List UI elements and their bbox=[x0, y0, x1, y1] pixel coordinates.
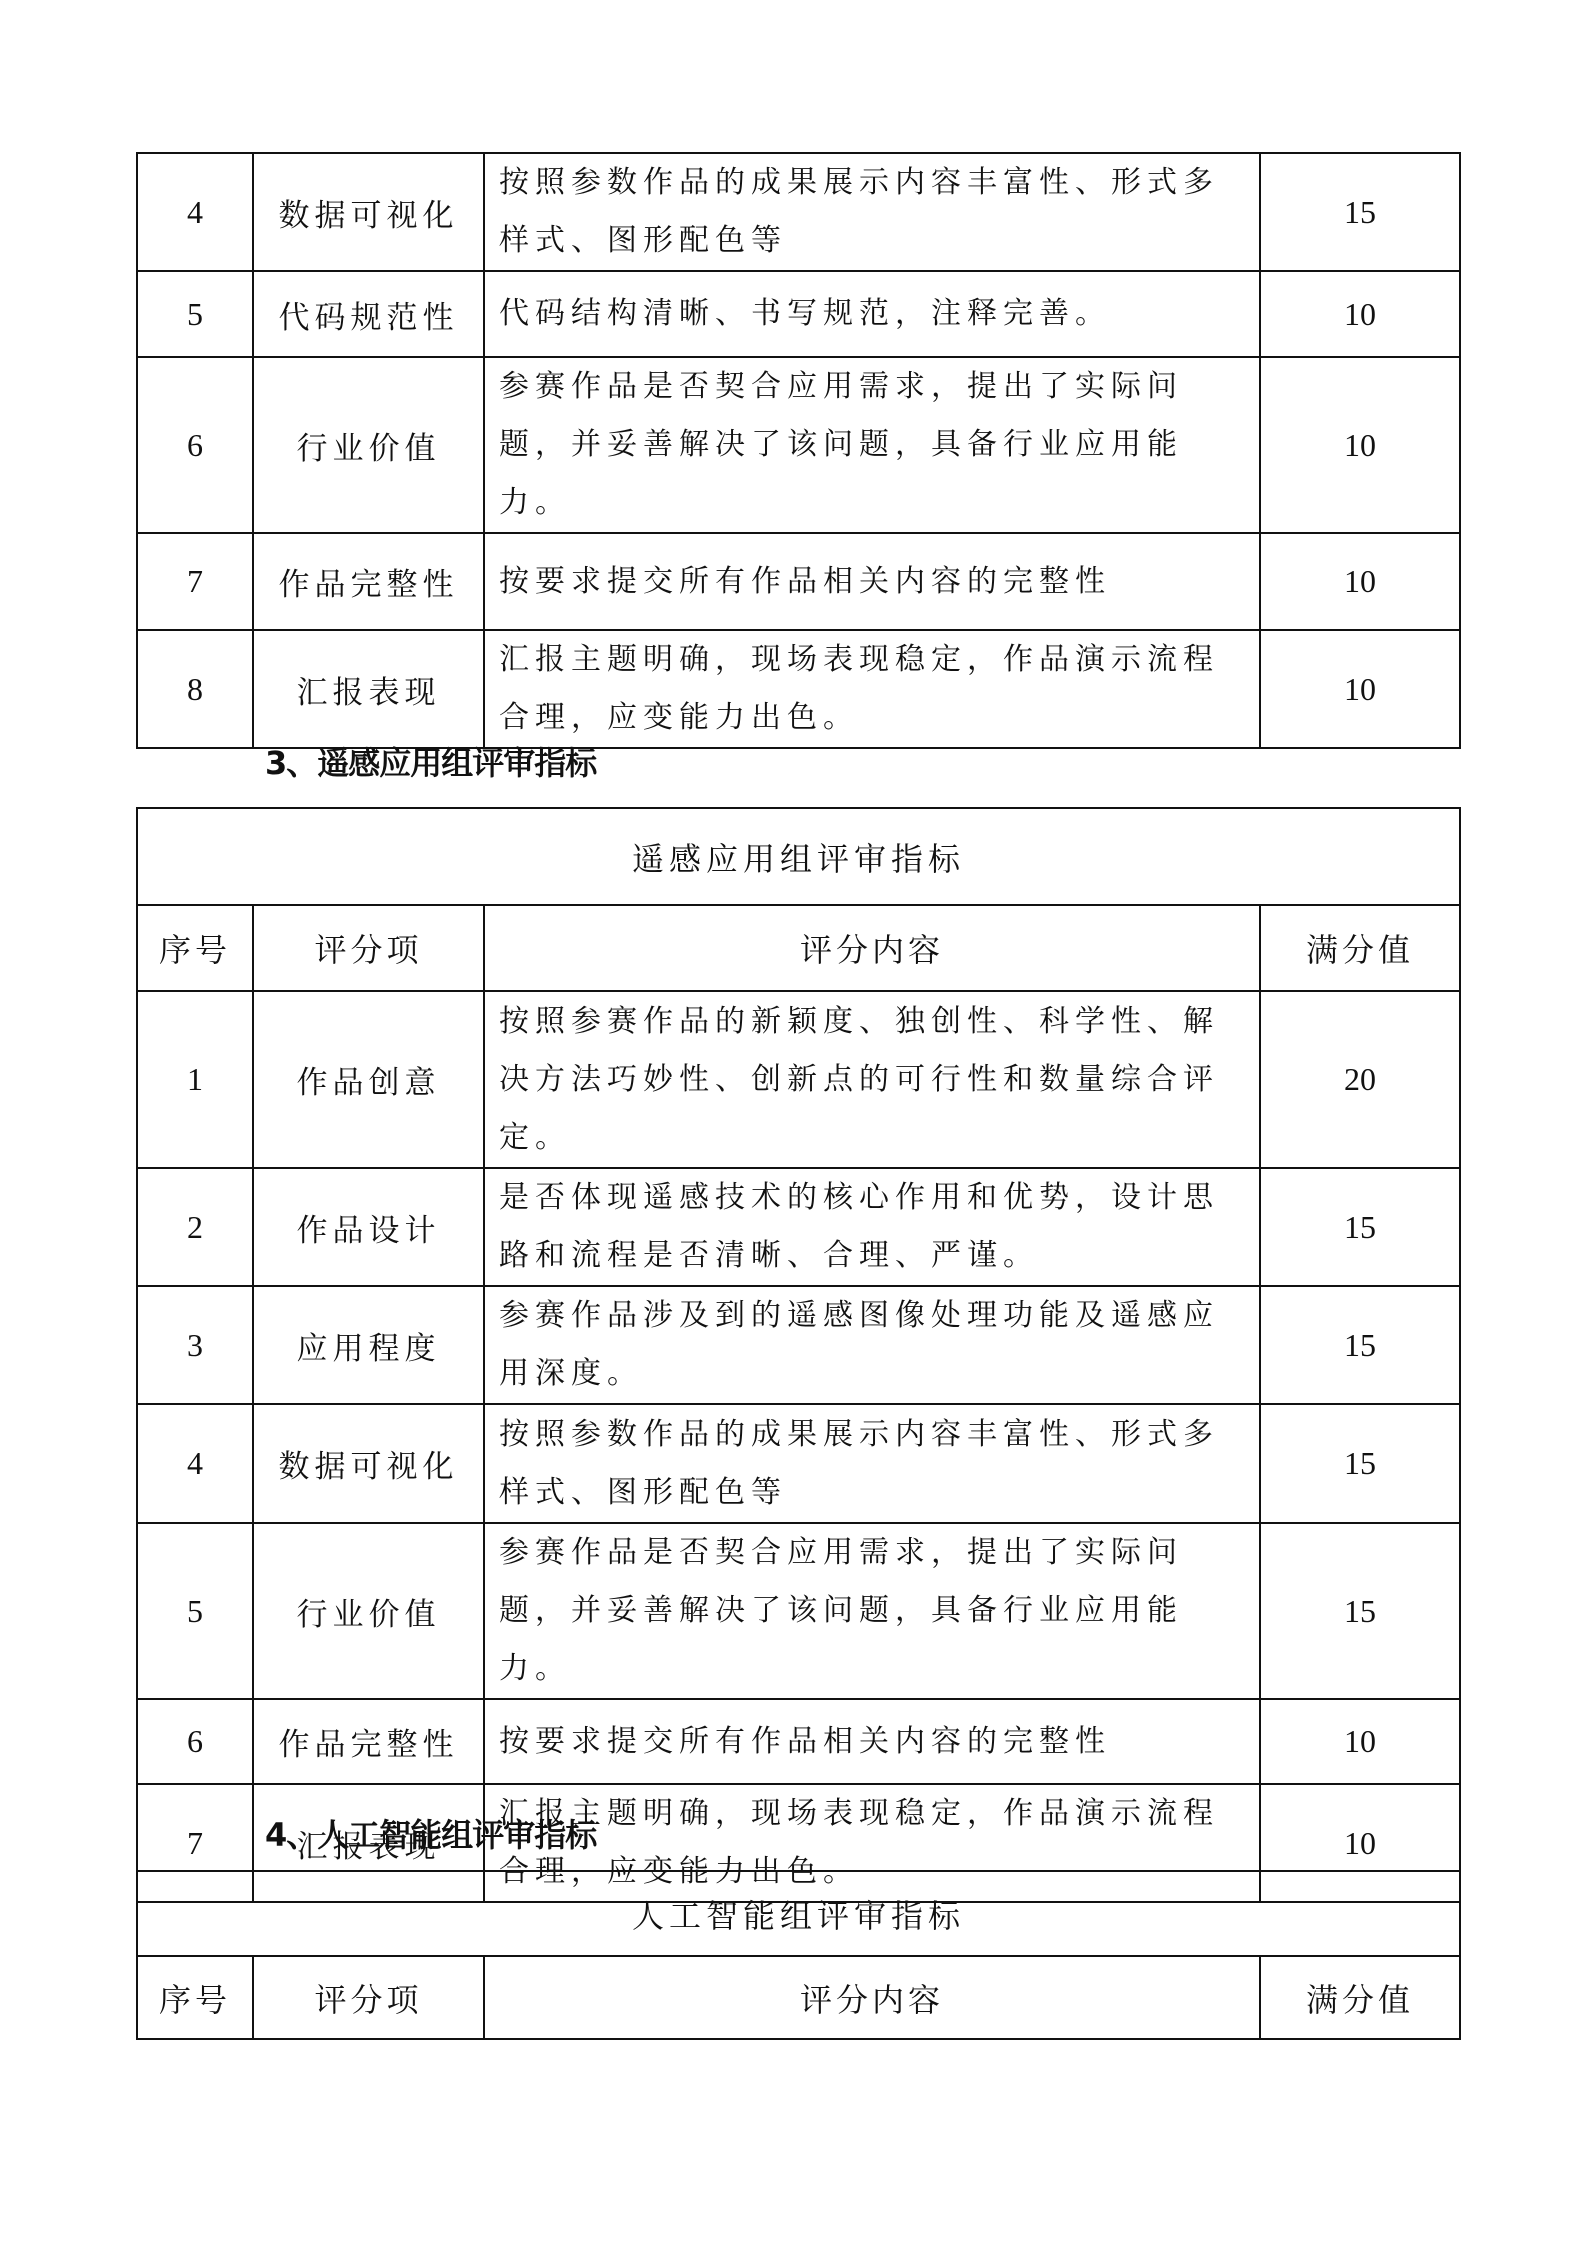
row-item: 作品完整性 bbox=[253, 533, 484, 630]
row-number: 7 bbox=[137, 533, 253, 630]
row-content: 参赛作品是否契合应用需求，提出了实际问题，并妥善解决了该问题，具备行业应用能力。 bbox=[484, 1523, 1260, 1699]
table-title-row: 人工智能组评审指标 bbox=[137, 1871, 1460, 1956]
table-row: 4 数据可视化 按照参数作品的成果展示内容丰富性、形式多样式、图形配色等 15 bbox=[137, 153, 1460, 271]
row-item: 数据可视化 bbox=[253, 1404, 484, 1523]
row-score: 15 bbox=[1260, 153, 1460, 271]
header-content: 评分内容 bbox=[484, 1956, 1260, 2039]
row-score: 10 bbox=[1260, 357, 1460, 533]
header-number: 序号 bbox=[137, 1956, 253, 2039]
table-title: 人工智能组评审指标 bbox=[137, 1871, 1460, 1956]
row-score: 10 bbox=[1260, 533, 1460, 630]
header-score: 满分值 bbox=[1260, 905, 1460, 991]
header-number: 序号 bbox=[137, 905, 253, 991]
row-content: 按照参赛作品的新颖度、独创性、科学性、解决方法巧妙性、创新点的可行性和数量综合评… bbox=[484, 991, 1260, 1168]
table-row: 6 作品完整性 按要求提交所有作品相关内容的完整性 10 bbox=[137, 1699, 1460, 1784]
row-content: 按要求提交所有作品相关内容的完整性 bbox=[484, 1699, 1260, 1784]
row-score: 20 bbox=[1260, 991, 1460, 1168]
row-item: 行业价值 bbox=[253, 357, 484, 533]
row-score: 10 bbox=[1260, 630, 1460, 748]
row-item: 汇报表现 bbox=[253, 630, 484, 748]
section-heading-remote-sensing: 3、遥感应用组评审指标 bbox=[265, 738, 596, 784]
table-row: 7 作品完整性 按要求提交所有作品相关内容的完整性 10 bbox=[137, 533, 1460, 630]
row-number: 2 bbox=[137, 1168, 253, 1286]
row-content: 是否体现遥感技术的核心作用和优势，设计思路和流程是否清晰、合理、严谨。 bbox=[484, 1168, 1260, 1286]
header-item: 评分项 bbox=[253, 1956, 484, 2039]
table-row: 3 应用程度 参赛作品涉及到的遥感图像处理功能及遥感应用深度。 15 bbox=[137, 1286, 1460, 1404]
row-item: 作品完整性 bbox=[253, 1699, 484, 1784]
table-row: 2 作品设计 是否体现遥感技术的核心作用和优势，设计思路和流程是否清晰、合理、严… bbox=[137, 1168, 1460, 1286]
table-title: 遥感应用组评审指标 bbox=[137, 808, 1460, 905]
row-number: 4 bbox=[137, 1404, 253, 1523]
row-item: 代码规范性 bbox=[253, 271, 484, 357]
table-title-row: 遥感应用组评审指标 bbox=[137, 808, 1460, 905]
row-item: 数据可视化 bbox=[253, 153, 484, 271]
table-row: 4 数据可视化 按照参数作品的成果展示内容丰富性、形式多样式、图形配色等 15 bbox=[137, 1404, 1460, 1523]
header-score: 满分值 bbox=[1260, 1956, 1460, 2039]
row-item: 应用程度 bbox=[253, 1286, 484, 1404]
table-row: 8 汇报表现 汇报主题明确，现场表现稳定，作品演示流程合理，应变能力出色。 10 bbox=[137, 630, 1460, 748]
row-content: 汇报主题明确，现场表现稳定，作品演示流程合理，应变能力出色。 bbox=[484, 630, 1260, 748]
header-content: 评分内容 bbox=[484, 905, 1260, 991]
row-item: 行业价值 bbox=[253, 1523, 484, 1699]
row-score: 15 bbox=[1260, 1168, 1460, 1286]
row-content: 按要求提交所有作品相关内容的完整性 bbox=[484, 533, 1260, 630]
table-row: 1 作品创意 按照参赛作品的新颖度、独创性、科学性、解决方法巧妙性、创新点的可行… bbox=[137, 991, 1460, 1168]
row-score: 15 bbox=[1260, 1286, 1460, 1404]
row-score: 15 bbox=[1260, 1523, 1460, 1699]
section-heading-ai: 4、人工智能组评审指标 bbox=[265, 1810, 596, 1856]
table-header-row: 序号 评分项 评分内容 满分值 bbox=[137, 1956, 1460, 2039]
row-number: 6 bbox=[137, 357, 253, 533]
row-number: 5 bbox=[137, 1523, 253, 1699]
row-score: 15 bbox=[1260, 1404, 1460, 1523]
row-item: 作品创意 bbox=[253, 991, 484, 1168]
scoring-table-continued: 4 数据可视化 按照参数作品的成果展示内容丰富性、形式多样式、图形配色等 15 … bbox=[136, 152, 1461, 749]
scoring-table-ai: 人工智能组评审指标 序号 评分项 评分内容 满分值 bbox=[136, 1870, 1461, 2040]
header-item: 评分项 bbox=[253, 905, 484, 991]
row-content: 按照参数作品的成果展示内容丰富性、形式多样式、图形配色等 bbox=[484, 1404, 1260, 1523]
row-score: 10 bbox=[1260, 1699, 1460, 1784]
row-number: 6 bbox=[137, 1699, 253, 1784]
row-number: 8 bbox=[137, 630, 253, 748]
row-number: 5 bbox=[137, 271, 253, 357]
row-number: 3 bbox=[137, 1286, 253, 1404]
row-content: 参赛作品涉及到的遥感图像处理功能及遥感应用深度。 bbox=[484, 1286, 1260, 1404]
table-row: 5 行业价值 参赛作品是否契合应用需求，提出了实际问题，并妥善解决了该问题，具备… bbox=[137, 1523, 1460, 1699]
row-number: 4 bbox=[137, 153, 253, 271]
table-header-row: 序号 评分项 评分内容 满分值 bbox=[137, 905, 1460, 991]
row-content: 参赛作品是否契合应用需求，提出了实际问题，并妥善解决了该问题，具备行业应用能力。 bbox=[484, 357, 1260, 533]
row-content: 代码结构清晰、书写规范，注释完善。 bbox=[484, 271, 1260, 357]
scoring-table-remote-sensing: 遥感应用组评审指标 序号 评分项 评分内容 满分值 1 作品创意 按照参赛作品的… bbox=[136, 807, 1461, 1903]
row-number: 1 bbox=[137, 991, 253, 1168]
row-score: 10 bbox=[1260, 271, 1460, 357]
row-content: 按照参数作品的成果展示内容丰富性、形式多样式、图形配色等 bbox=[484, 153, 1260, 271]
row-item: 作品设计 bbox=[253, 1168, 484, 1286]
table-row: 5 代码规范性 代码结构清晰、书写规范，注释完善。 10 bbox=[137, 271, 1460, 357]
table-row: 6 行业价值 参赛作品是否契合应用需求，提出了实际问题，并妥善解决了该问题，具备… bbox=[137, 357, 1460, 533]
